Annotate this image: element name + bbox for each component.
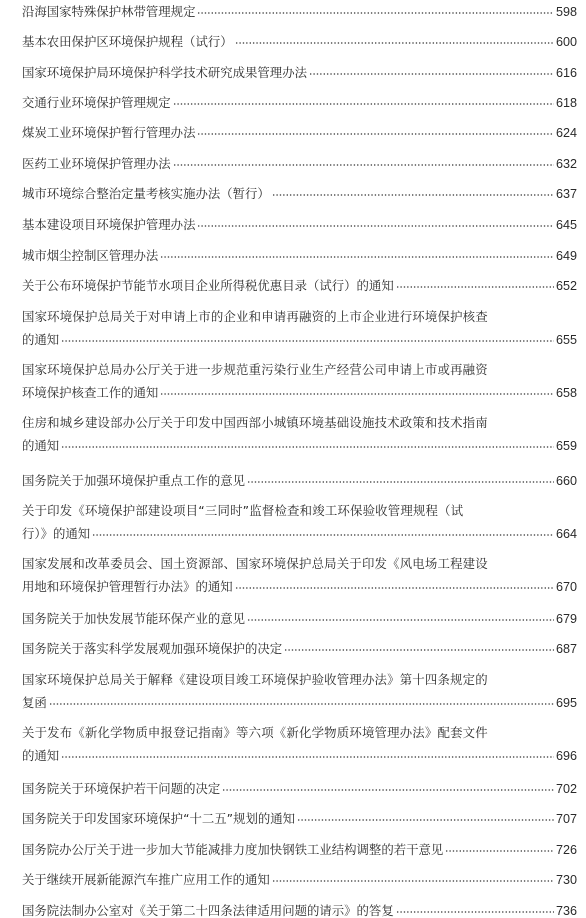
toc-page-number: 649 — [556, 245, 577, 267]
dot-leader — [197, 11, 554, 15]
toc-page-number: 616 — [556, 62, 577, 84]
toc-page-number: 655 — [556, 329, 577, 351]
toc-entry[interactable]: 国家环境保护总局关于对申请上市的企业和申请再融资的上市企业进行环境保护核查 的通… — [22, 305, 577, 351]
toc-entry-title-cont: 的通知 — [22, 434, 59, 457]
toc-entry[interactable]: 国务院关于环境保护若干问题的决定702 — [22, 777, 577, 800]
toc-page-number: 659 — [556, 435, 577, 457]
toc-entry-title: 沿海国家特殊保护林带管理规定 — [22, 0, 195, 23]
toc-page-number: 618 — [556, 92, 577, 114]
toc-page-number: 670 — [556, 576, 577, 598]
toc-entry[interactable]: 交通行业环境保护管理规定618 — [22, 91, 577, 114]
dot-leader — [309, 72, 554, 76]
dot-leader — [173, 163, 554, 167]
toc-entry[interactable]: 基本农田保护区环境保护规程（试行）600 — [22, 30, 577, 53]
toc-page-number: 632 — [556, 153, 577, 175]
dot-leader — [92, 533, 554, 537]
toc-page-number: 637 — [556, 183, 577, 205]
toc-page-number: 658 — [556, 382, 577, 404]
toc-entry-title: 医药工业环境保护管理办法 — [22, 152, 171, 175]
toc-entry-title-cont: 行）》的通知 — [22, 522, 90, 545]
toc-page-number: 600 — [556, 31, 577, 53]
toc-entry[interactable]: 关于继续开展新能源汽车推广应用工作的通知730 — [22, 868, 577, 891]
toc-entry-title: 住房和城乡建设部办公厅关于印发中国西部小城镇环境基础设施技术政策和技术指南 — [22, 411, 488, 434]
toc-entry[interactable]: 国家环境保护局环境保护科学技术研究成果管理办法616 — [22, 61, 577, 84]
toc-entry[interactable]: 煤炭工业环境保护暂行管理办法624 — [22, 121, 577, 144]
toc-entry-title: 基本农田保护区环境保护规程（试行） — [22, 30, 233, 53]
toc-entry-title: 关于继续开展新能源汽车推广应用工作的通知 — [22, 868, 270, 891]
toc-entry[interactable]: 国务院关于落实科学发展观加强环境保护的决定687 — [22, 637, 577, 660]
dot-leader — [61, 445, 554, 449]
toc-page-number: 645 — [556, 214, 577, 236]
toc-page-number: 687 — [556, 638, 577, 660]
toc-entry-title: 国务院关于落实科学发展观加强环境保护的决定 — [22, 637, 282, 660]
toc-entry[interactable]: 国家环境保护总局关于解释《建设项目竣工环境保护验收管理办法》第十四条规定的 复函… — [22, 668, 577, 714]
toc-entry[interactable]: 医药工业环境保护管理办法632 — [22, 152, 577, 175]
dot-leader — [247, 480, 554, 484]
toc-entry-title: 国务院关于环境保护若干问题的决定 — [22, 777, 220, 800]
dot-leader — [49, 702, 554, 706]
dot-leader — [61, 339, 554, 343]
toc-entry-title: 国务院关于加强环境保护重点工作的意见 — [22, 469, 245, 492]
toc-entry-title: 城市环境综合整治定量考核实施办法（暂行） — [22, 182, 270, 205]
toc-entry-title: 国务院关于印发国家环境保护“十二五”规划的通知 — [22, 807, 295, 830]
toc-page-number: 702 — [556, 778, 577, 800]
toc-entry-title: 国务院关于加快发展节能环保产业的意见 — [22, 607, 245, 630]
toc-entry-title: 关于印发《环境保护部建设项目“三同时”监督检查和竣工环保验收管理规程（试 — [22, 499, 463, 522]
toc-page-number: 598 — [556, 1, 577, 23]
toc-entry-title: 关于发布《新化学物质申报登记指南》等六项《新化学物质环境管理办法》配套文件 — [22, 721, 488, 744]
toc-page-number: 652 — [556, 275, 577, 297]
dot-leader — [160, 392, 554, 396]
toc-entry-title: 国家环境保护总局办公厅关于进一步规范重污染行业生产经营公司申请上市或再融资 — [22, 358, 488, 381]
toc-entry[interactable]: 住房和城乡建设部办公厅关于印发中国西部小城镇环境基础设施技术政策和技术指南 的通… — [22, 411, 577, 457]
dot-leader — [247, 618, 554, 622]
toc-page-number: 696 — [556, 745, 577, 767]
toc-entry[interactable]: 国务院办公厅关于进一步加大节能减排力度加快钢铁工业结构调整的若干意见726 — [22, 838, 577, 861]
toc-page-number: 660 — [556, 470, 577, 492]
toc-entry[interactable]: 城市烟尘控制区管理办法649 — [22, 244, 577, 267]
toc-entry[interactable]: 国务院关于加强环境保护重点工作的意见660 — [22, 469, 577, 492]
toc-entry-title: 关于公布环境保护节能节水项目企业所得税优惠目录（试行）的通知 — [22, 274, 394, 297]
toc-entry-title-cont: 用地和环境保护管理暂行办法》的通知 — [22, 575, 233, 598]
toc-page-number: 726 — [556, 839, 577, 861]
toc-entry[interactable]: 国家发展和改革委员会、国土资源部、国家环境保护总局关于印发《风电场工程建设 用地… — [22, 552, 577, 598]
dot-leader — [272, 193, 554, 197]
dot-leader — [61, 755, 554, 759]
dot-leader — [197, 224, 554, 228]
toc-entry-title: 基本建设项目环境保护管理办法 — [22, 213, 195, 236]
toc-entry-title: 国家环境保护局环境保护科学技术研究成果管理办法 — [22, 61, 307, 84]
dot-leader — [197, 132, 554, 136]
toc-entry[interactable]: 关于印发《环境保护部建设项目“三同时”监督检查和竣工环保验收管理规程（试 行）》… — [22, 499, 577, 545]
toc-entry[interactable]: 沿海国家特殊保护林带管理规定598 — [22, 0, 577, 23]
toc-entry-title-cont: 复函 — [22, 691, 47, 714]
toc-page-number: 624 — [556, 122, 577, 144]
toc-entry[interactable]: 国务院法制办公室对《关于第二十四条法律适用问题的请示》的答复736 — [22, 899, 577, 918]
toc-page-number: 707 — [556, 808, 577, 830]
dot-leader — [160, 255, 554, 259]
dot-leader — [284, 648, 554, 652]
dot-leader — [272, 879, 554, 883]
dot-leader — [396, 285, 554, 289]
toc-entry[interactable]: 国务院关于印发国家环境保护“十二五”规划的通知707 — [22, 807, 577, 830]
toc-entry[interactable]: 城市环境综合整治定量考核实施办法（暂行）637 — [22, 182, 577, 205]
dot-leader — [396, 910, 554, 914]
toc-entry-title-cont: 的通知 — [22, 744, 59, 767]
toc-entry[interactable]: 关于发布《新化学物质申报登记指南》等六项《新化学物质环境管理办法》配套文件 的通… — [22, 721, 577, 767]
toc-entry[interactable]: 基本建设项目环境保护管理办法645 — [22, 213, 577, 236]
dot-leader — [222, 788, 554, 792]
toc-entry[interactable]: 国家环境保护总局办公厅关于进一步规范重污染行业生产经营公司申请上市或再融资 环境… — [22, 358, 577, 404]
toc-entry-title: 国务院办公厅关于进一步加大节能减排力度加快钢铁工业结构调整的若干意见 — [22, 838, 443, 861]
toc-entry[interactable]: 关于公布环境保护节能节水项目企业所得税优惠目录（试行）的通知652 — [22, 274, 577, 297]
toc-entry-title: 城市烟尘控制区管理办法 — [22, 244, 158, 267]
dot-leader — [445, 849, 554, 853]
dot-leader — [235, 41, 554, 45]
toc-page-number: 730 — [556, 869, 577, 891]
toc-page-number: 736 — [556, 900, 577, 918]
toc-entry-title: 煤炭工业环境保护暂行管理办法 — [22, 121, 195, 144]
toc-entry-title-cont: 的通知 — [22, 328, 59, 351]
dot-leader — [173, 102, 554, 106]
toc-page-number: 664 — [556, 523, 577, 545]
dot-leader — [235, 586, 554, 590]
toc-entry-title-cont: 环境保护核查工作的通知 — [22, 381, 158, 404]
toc-entry-title: 国务院法制办公室对《关于第二十四条法律适用问题的请示》的答复 — [22, 899, 394, 918]
dot-leader — [297, 818, 554, 822]
toc-page-number: 679 — [556, 608, 577, 630]
toc-entry-title: 国家环境保护总局关于对申请上市的企业和申请再融资的上市企业进行环境保护核查 — [22, 305, 488, 328]
toc-entry[interactable]: 国务院关于加快发展节能环保产业的意见679 — [22, 607, 577, 630]
toc-entry-title: 国家发展和改革委员会、国土资源部、国家环境保护总局关于印发《风电场工程建设 — [22, 552, 488, 575]
toc-page-number: 695 — [556, 692, 577, 714]
toc-entry-title: 交通行业环境保护管理规定 — [22, 91, 171, 114]
toc-entry-title: 国家环境保护总局关于解释《建设项目竣工环境保护验收管理办法》第十四条规定的 — [22, 668, 488, 691]
